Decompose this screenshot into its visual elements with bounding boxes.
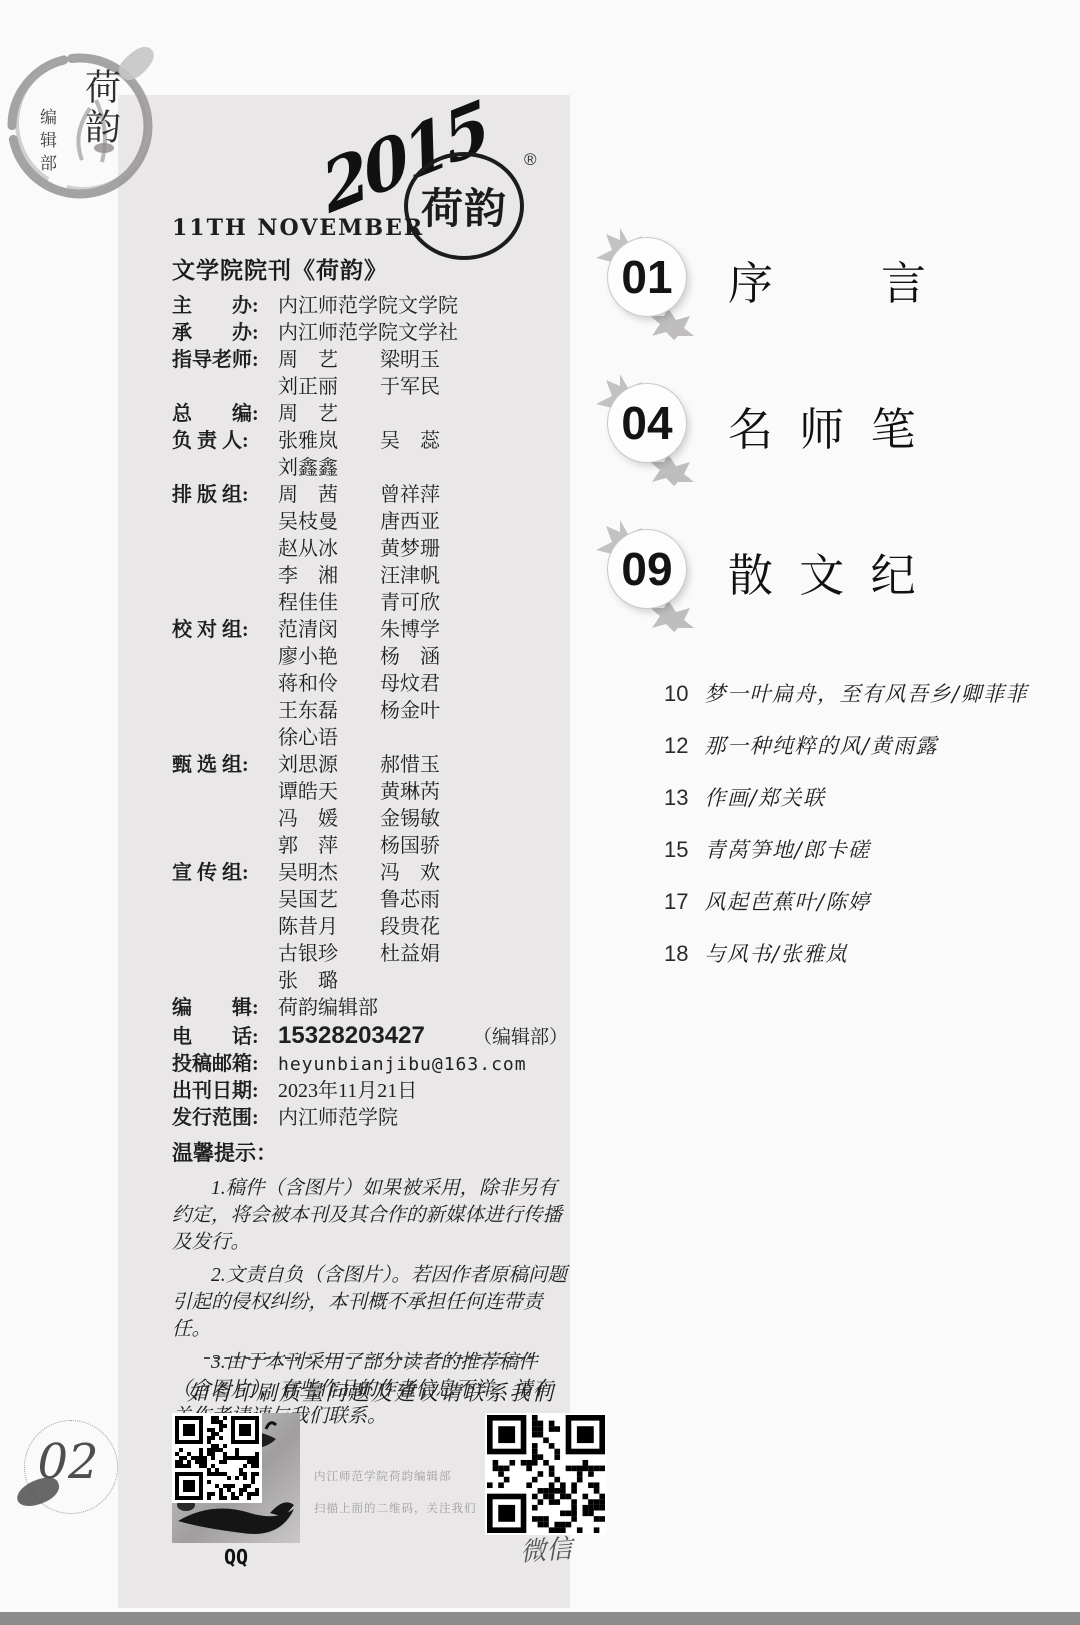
masthead-row-suffix: （编辑部） — [473, 1024, 568, 1051]
masthead-name-1: 吴明杰 — [278, 860, 380, 887]
qq-qr-code — [172, 1413, 262, 1503]
masthead-row: 谭皓天黄琳芮 — [172, 779, 568, 806]
masthead-name-1: 吴国艺 — [278, 887, 380, 914]
magazine-page: 11TH NOVEMBER 文学院院刊《荷韵》 主 办:内江师范学院文学院承 办… — [0, 0, 1080, 1625]
wechat-label: 微信 — [483, 1526, 607, 1571]
masthead-row: 冯 媛金锡敏 — [172, 806, 568, 833]
masthead-row-label: 投稿邮箱: — [172, 1051, 278, 1078]
masthead-row-label: 甄 选 组: — [172, 752, 278, 779]
masthead-name-2: 段贵花 — [380, 914, 568, 941]
masthead-row-label: 出刊日期: — [172, 1078, 278, 1105]
toc-section-title: 名 师 笔 — [728, 393, 922, 458]
masthead-row-label — [172, 698, 278, 725]
heyun-logo-stamp: 荷韵 — [404, 152, 524, 260]
masthead-name-1: 吴枝曼 — [278, 509, 380, 536]
toc-section-title: 序 言 — [728, 247, 932, 312]
masthead-row: 刘鑫鑫 — [172, 455, 568, 482]
contact-line: 如有印刷质量问题及建议请联系我们 — [172, 1377, 570, 1407]
masthead-name-2: 杨国骄 — [380, 833, 568, 860]
wechat-qr-code — [485, 1413, 607, 1535]
masthead-row: 发行范围:内江师范学院 — [172, 1105, 568, 1132]
masthead-name-1: 周 茜 — [278, 482, 380, 509]
masthead-name-1: 廖小艳 — [278, 644, 380, 671]
masthead-row-label: 校 对 组: — [172, 617, 278, 644]
masthead-name-1: 陈昔月 — [278, 914, 380, 941]
masthead-name-2: 汪津帆 — [380, 563, 568, 590]
toc-section: 04名 师 笔 — [608, 384, 1060, 466]
masthead-row-label: 承 办: — [172, 320, 278, 347]
masthead-name-1: 刘思源 — [278, 752, 380, 779]
toc-section-number: 09 — [608, 530, 686, 608]
qq-block: QQ — [172, 1413, 300, 1569]
masthead-row-label — [172, 914, 278, 941]
masthead-row: 总 编:周 艺 — [172, 401, 568, 428]
masthead-panel: 11TH NOVEMBER 文学院院刊《荷韵》 主 办:内江师范学院文学院承 办… — [118, 95, 570, 1608]
toc-item-title: 青莴笋地/郎卡磋 — [704, 838, 870, 862]
toc-item-number: 15 — [664, 837, 688, 862]
masthead-name-2: 杨 涵 — [380, 644, 568, 671]
masthead-name-1: 范清闵 — [278, 617, 380, 644]
masthead-row: 徐心语 — [172, 725, 568, 752]
masthead-row: 编 辑:荷韵编辑部 — [172, 995, 568, 1022]
toc-item-title: 作画/郑关联 — [704, 786, 825, 810]
toc-item-title: 与风书/张雅岚 — [704, 942, 848, 966]
masthead-row-label: 排 版 组: — [172, 482, 278, 509]
toc-item-number: 13 — [664, 785, 688, 810]
masthead-row-value: 15328203427 — [278, 1022, 473, 1049]
masthead-row-label: 编 辑: — [172, 995, 278, 1022]
qq-art-image — [172, 1413, 300, 1543]
toc-item: 15青莴笋地/郎卡磋 — [664, 834, 1060, 864]
masthead-row-label — [172, 725, 278, 752]
masthead-name-1: 徐心语 — [278, 725, 380, 752]
toc-item-title: 梦一叶扁舟，至有风吾乡/卿菲菲 — [704, 682, 1028, 706]
masthead-row: 刘正丽于军民 — [172, 374, 568, 401]
masthead-name-2: 曾祥萍 — [380, 482, 568, 509]
masthead-row-value: 2023年11月21日 — [278, 1078, 568, 1105]
masthead-row-label — [172, 968, 278, 995]
masthead-row-value: 荷韵编辑部 — [278, 995, 568, 1022]
masthead-row-label — [172, 536, 278, 563]
masthead-row: 校 对 组:范清闵朱博学 — [172, 617, 568, 644]
issue-date: 11TH NOVEMBER — [172, 215, 424, 241]
masthead-row-label — [172, 779, 278, 806]
masthead-name-2: 杨金叶 — [380, 698, 568, 725]
masthead-name-2: 于军民 — [380, 374, 568, 401]
butterfly-icon — [119, 47, 154, 80]
toc-item: 13作画/郑关联 — [664, 782, 1060, 812]
qr-footer: QQ 内江师范学院荷韵编辑部 扫描上面的二维码，关注我们 微信 — [172, 1413, 570, 1569]
toc-item-number: 12 — [664, 733, 688, 758]
masthead-name-2: 梁明玉 — [380, 347, 568, 374]
toc-item: 10梦一叶扁舟，至有风吾乡/卿菲菲 — [664, 678, 1060, 708]
table-of-contents: 01序 言04名 师 笔09散 文 纪 10梦一叶扁舟，至有风吾乡/卿菲菲12那… — [608, 238, 1060, 990]
masthead-row-label: 负 责 人: — [172, 428, 278, 455]
toc-section-number: 01 — [608, 238, 686, 316]
masthead-row: 吴国艺鲁芯雨 — [172, 887, 568, 914]
dashed-divider — [204, 1357, 534, 1359]
masthead-row-label: 宣 传 组: — [172, 860, 278, 887]
masthead-name-1: 郭 萍 — [278, 833, 380, 860]
masthead-row-label: 发行范围: — [172, 1105, 278, 1132]
registered-mark: ® — [524, 150, 537, 170]
ink-circle-logo: 荷韵 编辑部 — [4, 30, 166, 215]
toc-item: 17风起芭蕉叶/陈婷 — [664, 886, 1060, 916]
masthead-row-label — [172, 509, 278, 536]
masthead-name-1: 周 艺 — [278, 401, 380, 428]
masthead-name-1: 赵从冰 — [278, 536, 380, 563]
qr-caption: 内江师范学院荷韵编辑部 扫描上面的二维码，关注我们 — [300, 1413, 485, 1569]
masthead-row-label — [172, 833, 278, 860]
masthead-row-label — [172, 563, 278, 590]
bottom-bar — [0, 1612, 1080, 1625]
wechat-block: 微信 — [485, 1413, 607, 1569]
masthead-name-2: 郝惜玉 — [380, 752, 568, 779]
toc-item: 12那一种纯粹的风/黄雨露 — [664, 730, 1060, 760]
masthead-row-label — [172, 644, 278, 671]
masthead-name-1: 周 艺 — [278, 347, 380, 374]
notice-title: 温馨提示： — [172, 1137, 570, 1167]
masthead-row: 出刊日期:2023年11月21日 — [172, 1078, 568, 1105]
masthead-row-label — [172, 374, 278, 401]
masthead-row-label: 电 话: — [172, 1024, 278, 1051]
masthead-row-label — [172, 590, 278, 617]
masthead-name-2: 青可欣 — [380, 590, 568, 617]
masthead-row: 投稿邮箱:heyunbianjibu@163.com — [172, 1051, 568, 1078]
masthead-row-label — [172, 887, 278, 914]
toc-item-number: 10 — [664, 681, 688, 706]
qq-label: QQ — [172, 1545, 300, 1569]
qr-caption-line1: 内江师范学院荷韵编辑部 — [314, 1468, 477, 1484]
heyun-stamp-text: 荷韵 — [421, 176, 507, 236]
masthead-row-label: 主 办: — [172, 293, 278, 320]
toc-section-number: 04 — [608, 384, 686, 462]
masthead-row-value: 内江师范学院文学院 — [278, 293, 568, 320]
masthead-name-1: 李 湘 — [278, 563, 380, 590]
toc-number-badge: 01 — [608, 238, 690, 320]
masthead-row-value: heyunbianjibu@163.com — [278, 1051, 568, 1078]
masthead-name-2: 黄梦珊 — [380, 536, 568, 563]
toc-section: 01序 言 — [608, 238, 1060, 320]
masthead-name-1: 刘鑫鑫 — [278, 455, 380, 482]
masthead-name-1: 张 璐 — [278, 968, 380, 995]
masthead-row: 指导老师:周 艺梁明玉 — [172, 347, 568, 374]
masthead-row: 王东磊杨金叶 — [172, 698, 568, 725]
masthead-row-label — [172, 671, 278, 698]
masthead-name-2: 母炆君 — [380, 671, 568, 698]
qr-caption-line2: 扫描上面的二维码，关注我们 — [314, 1500, 477, 1516]
toc-section-title: 散 文 纪 — [728, 539, 922, 604]
masthead-row: 廖小艳杨 涵 — [172, 644, 568, 671]
toc-item-number: 17 — [664, 889, 688, 914]
masthead-row: 郭 萍杨国骄 — [172, 833, 568, 860]
masthead-row: 李 湘汪津帆 — [172, 563, 568, 590]
masthead-row: 主 办:内江师范学院文学院 — [172, 293, 568, 320]
masthead-row: 赵从冰黄梦珊 — [172, 536, 568, 563]
logo-name-vertical: 荷韵 — [80, 68, 121, 148]
page-number-stamp: 02 — [14, 1412, 122, 1520]
masthead-row: 承 办:内江师范学院文学社 — [172, 320, 568, 347]
toc-section: 09散 文 纪 — [608, 530, 1060, 612]
masthead-row-value: 内江师范学院 — [278, 1105, 568, 1132]
masthead-row: 甄 选 组:刘思源郝惜玉 — [172, 752, 568, 779]
masthead-row: 负 责 人:张雅岚吴 蕊 — [172, 428, 568, 455]
masthead-row: 吴枝曼唐西亚 — [172, 509, 568, 536]
toc-item: 18与风书/张雅岚 — [664, 938, 1060, 968]
masthead-name-2: 金锡敏 — [380, 806, 568, 833]
toc-item-list: 10梦一叶扁舟，至有风吾乡/卿菲菲12那一种纯粹的风/黄雨露13作画/郑关联15… — [664, 678, 1060, 968]
masthead-name-2: 吴 蕊 — [380, 428, 568, 455]
masthead-row: 程佳佳青可欣 — [172, 590, 568, 617]
masthead-row-label — [172, 455, 278, 482]
toc-item-title: 那一种纯粹的风/黄雨露 — [704, 734, 938, 758]
masthead-row-value: 内江师范学院文学社 — [278, 320, 568, 347]
toc-item-number: 18 — [664, 941, 688, 966]
masthead-name-2: 黄琳芮 — [380, 779, 568, 806]
masthead-name-2: 冯 欢 — [380, 860, 568, 887]
notice-paragraph: 1.稿件（含图片）如果被采用，除非另有约定，将会被本刊及其合作的新媒体进行传播及… — [172, 1175, 570, 1256]
masthead-name-1: 谭皓天 — [278, 779, 380, 806]
masthead-name-2: 鲁芯雨 — [380, 887, 568, 914]
masthead-row-label: 指导老师: — [172, 347, 278, 374]
masthead-name-1: 张雅岚 — [278, 428, 380, 455]
masthead-name-1: 刘正丽 — [278, 374, 380, 401]
masthead-row-label — [172, 941, 278, 968]
masthead-name-1: 古银珍 — [278, 941, 380, 968]
masthead-name-2: 杜益娟 — [380, 941, 568, 968]
masthead-credits: 主 办:内江师范学院文学院承 办:内江师范学院文学社指导老师:周 艺梁明玉 刘正… — [172, 293, 568, 1132]
masthead-row: 电 话:15328203427（编辑部） — [172, 1022, 568, 1051]
masthead-name-2: 朱博学 — [380, 617, 568, 644]
masthead-row: 陈昔月段贵花 — [172, 914, 568, 941]
masthead-row-label: 总 编: — [172, 401, 278, 428]
toc-sections: 01序 言04名 师 笔09散 文 纪 — [608, 238, 1060, 612]
masthead-row: 古银珍杜益娟 — [172, 941, 568, 968]
masthead-row: 宣 传 组:吴明杰冯 欢 — [172, 860, 568, 887]
masthead-name-1: 程佳佳 — [278, 590, 380, 617]
toc-item-title: 风起芭蕉叶/陈婷 — [704, 890, 870, 914]
masthead-row: 张 璐 — [172, 968, 568, 995]
masthead-name-1: 蒋和伶 — [278, 671, 380, 698]
page-number: 02 — [14, 1434, 122, 1490]
toc-number-badge: 09 — [608, 530, 690, 612]
notice-paragraph: 2.文责自负（含图片）。若因作者原稿问题引起的侵权纠纷，本刊概不承担任何连带责任… — [172, 1262, 570, 1343]
toc-number-badge: 04 — [608, 384, 690, 466]
masthead-row: 排 版 组:周 茜曾祥萍 — [172, 482, 568, 509]
masthead-name-1: 冯 媛 — [278, 806, 380, 833]
masthead-row-label — [172, 806, 278, 833]
masthead-name-2: 唐西亚 — [380, 509, 568, 536]
masthead-name-1: 王东磊 — [278, 698, 380, 725]
masthead-row: 蒋和伶母炆君 — [172, 671, 568, 698]
logo-dept-vertical: 编辑部 — [36, 108, 57, 177]
journal-title: 文学院院刊《荷韵》 — [172, 252, 388, 285]
